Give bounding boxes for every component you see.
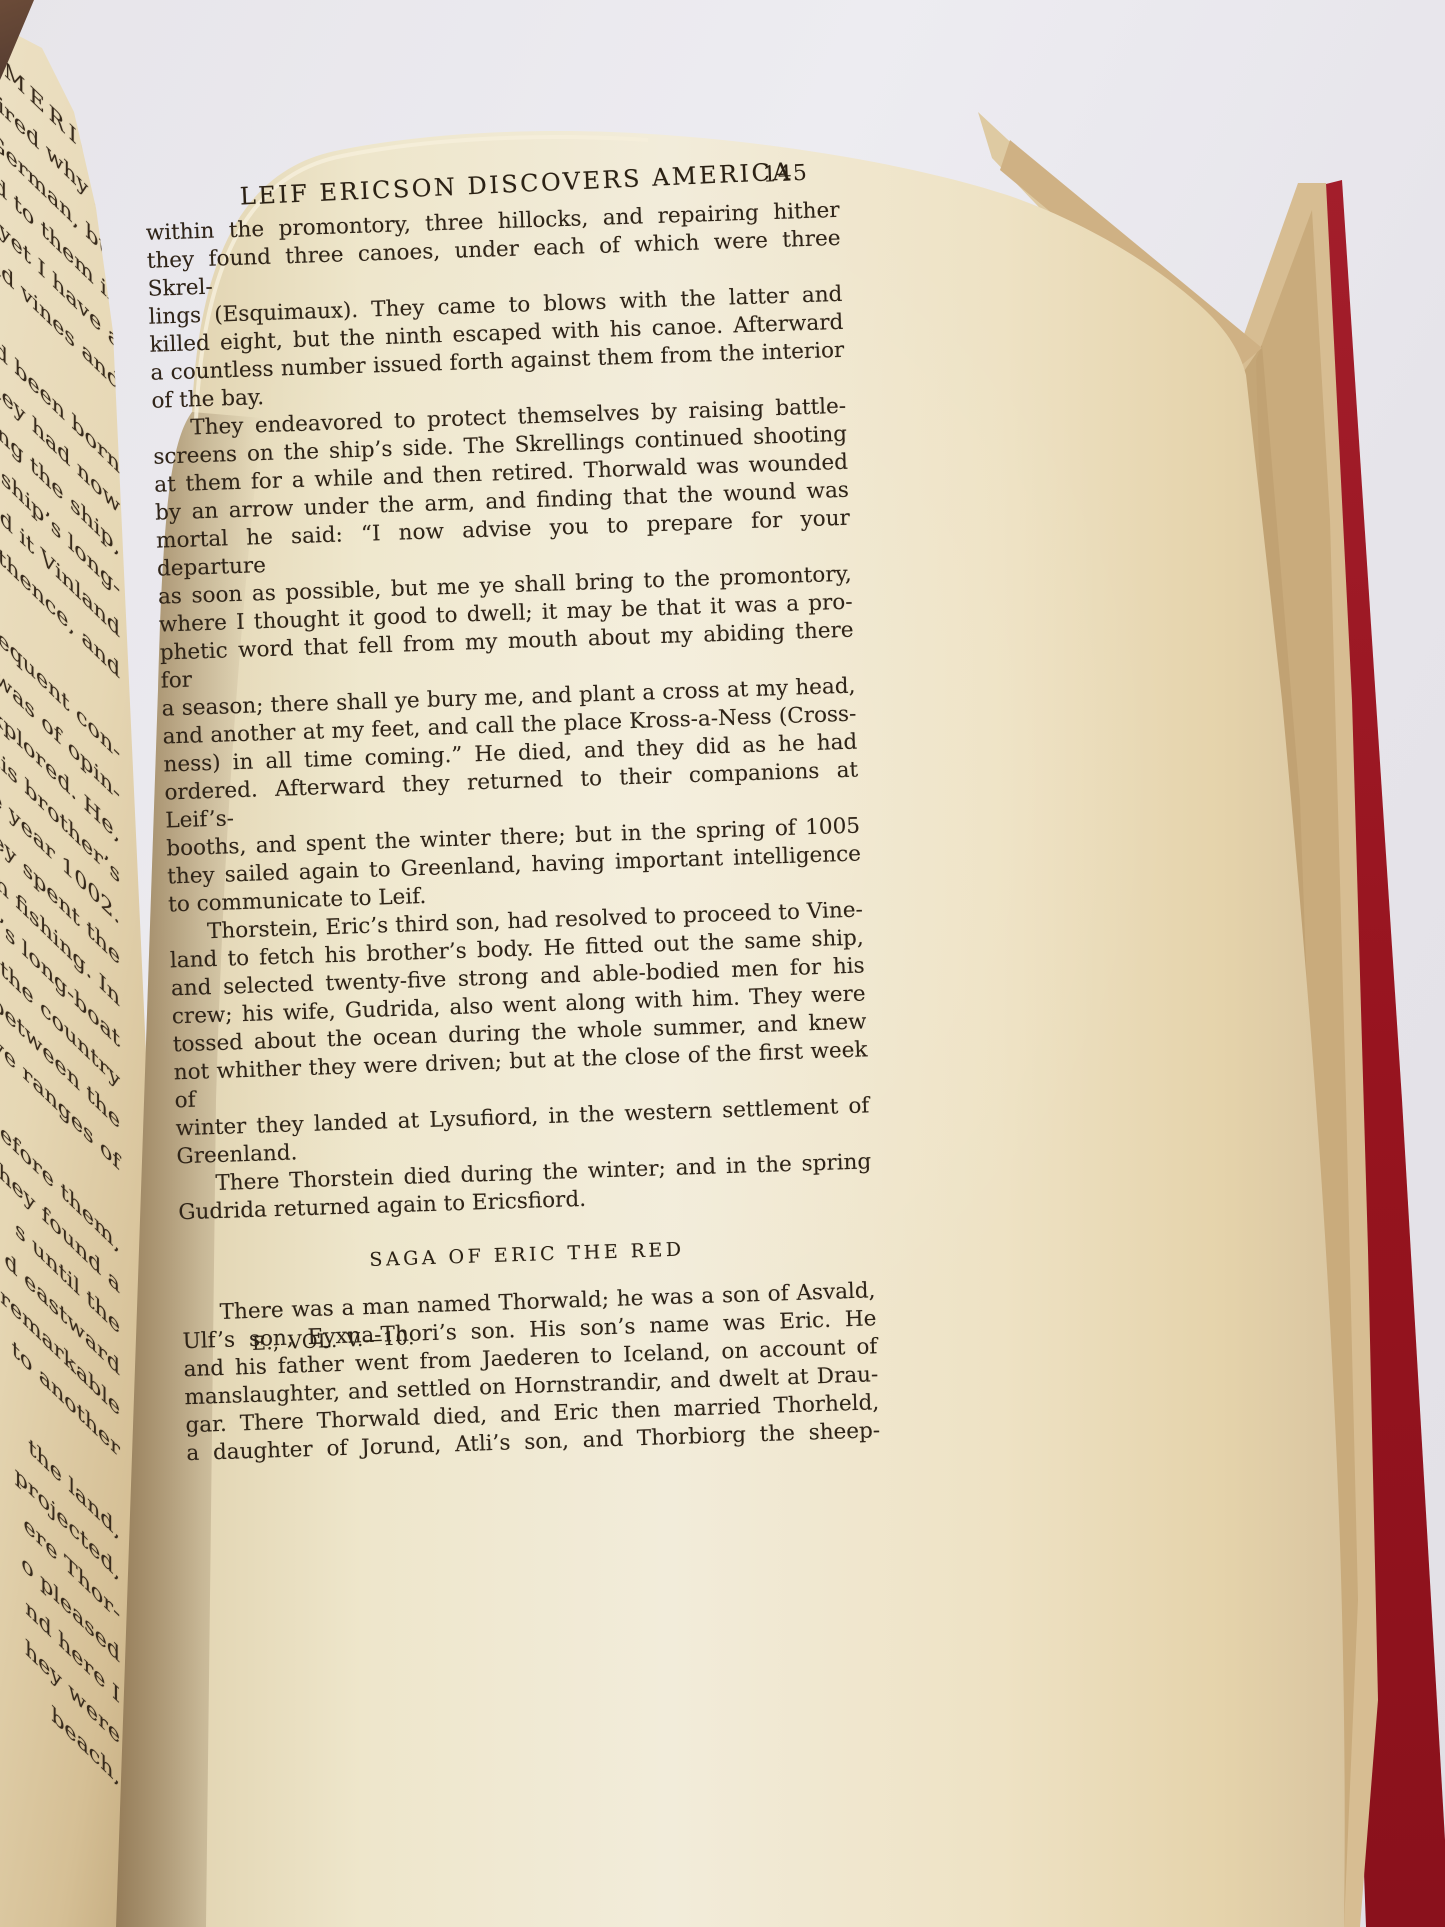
paragraph: within the promontory, three hillocks, a…	[145, 197, 845, 416]
page-body: within the promontory, three hillocks, a…	[145, 197, 880, 1468]
paragraph: There was a man named Thorwald; he was a…	[181, 1277, 880, 1468]
paragraph: They endeavored to protect themselves by…	[152, 393, 862, 920]
book-photo: { "header": { "running_head": "LEIF ERIC…	[0, 0, 1445, 1927]
paragraph: Thorstein, Eric’s third son, had resolve…	[169, 896, 871, 1171]
page-number: 145	[762, 161, 808, 188]
section-heading: SAGA OF ERIC THE RED	[180, 1229, 875, 1280]
